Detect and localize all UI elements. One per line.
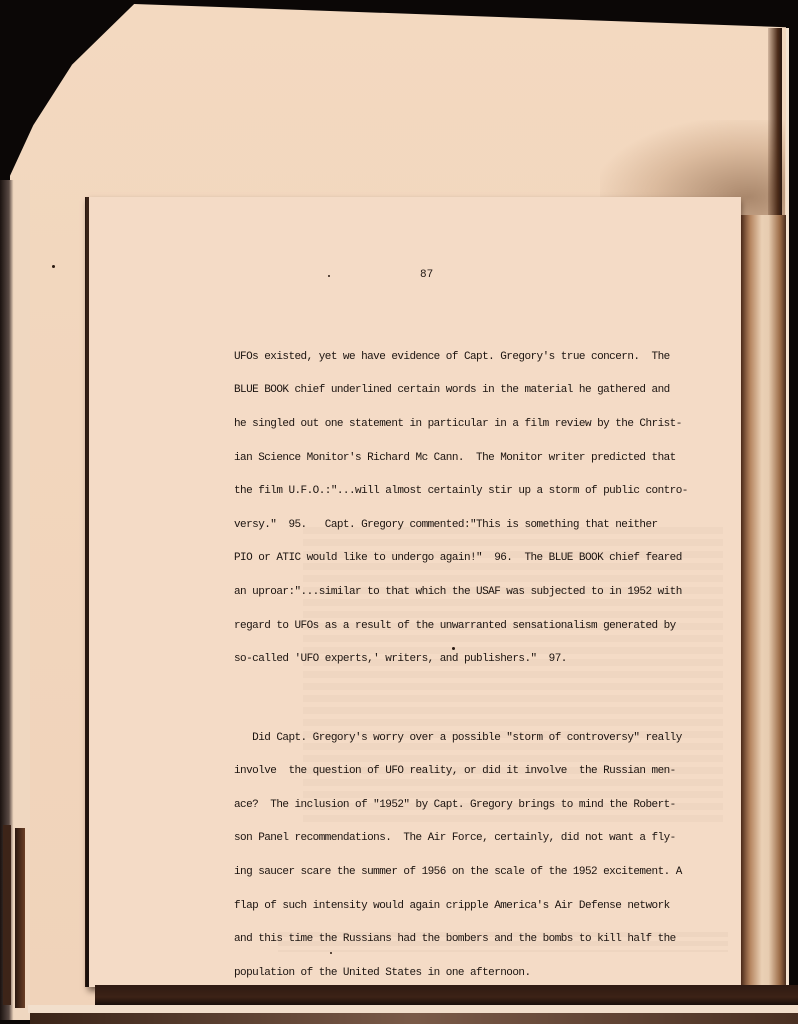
text-line: Did Capt. Gregory's worry over a possibl… (234, 733, 704, 744)
paragraph-1: UFOs existed, yet we have evidence of Ca… (234, 329, 704, 687)
page-number: 87 (420, 269, 433, 281)
text-line: population of the United States in one a… (234, 968, 704, 979)
text-line: son Panel recommendations. The Air Force… (234, 833, 704, 844)
text-line: an uproar:"...similar to that which the … (234, 587, 704, 598)
document-page: 87 UFOs existed, yet we have evidence of… (88, 197, 741, 987)
text-line: BLUE BOOK chief underlined certain words… (234, 385, 704, 396)
page-stack-bottom-edge (28, 1005, 798, 1013)
page-stack-left-shadow-2 (15, 828, 25, 1008)
paragraph-2: Did Capt. Gregory's worry over a possibl… (234, 710, 704, 1001)
back-page-right-edge (768, 28, 782, 218)
page-stack-left-shadow (3, 825, 11, 1005)
page-stack-right-edge (741, 215, 787, 995)
text-line: so-called 'UFO experts,' writers, and pu… (234, 654, 704, 665)
text-line: ing saucer scare the summer of 1956 on t… (234, 867, 704, 878)
page-bottom-shadow (95, 985, 798, 1005)
text-line: ian Science Monitor's Richard Mc Cann. T… (234, 453, 704, 464)
text-line: flap of such intensity would again cripp… (234, 901, 704, 912)
text-line: and this time the Russians had the bombe… (234, 934, 704, 945)
text-line: ace? The inclusion of "1952" by Capt. Gr… (234, 800, 704, 811)
body-text: UFOs existed, yet we have evidence of Ca… (234, 307, 704, 1024)
scanned-document-scene: 87 UFOs existed, yet we have evidence of… (0, 0, 798, 1024)
page-edge-highlight (786, 28, 789, 988)
paper-speck (52, 265, 55, 268)
text-line: the film U.F.O.:"...will almost certainl… (234, 486, 704, 497)
text-line: PIO or ATIC would like to undergo again!… (234, 553, 704, 564)
page-stack-bottom-shadow (30, 1013, 798, 1024)
text-line: involve the question of UFO reality, or … (234, 766, 704, 777)
text-line: regard to UFOs as a result of the unwarr… (234, 621, 704, 632)
text-line: UFOs existed, yet we have evidence of Ca… (234, 352, 704, 363)
text-line: he singled out one statement in particul… (234, 419, 704, 430)
paper-speck (328, 275, 330, 277)
text-line: versy." 95. Capt. Gregory commented:"Thi… (234, 520, 704, 531)
